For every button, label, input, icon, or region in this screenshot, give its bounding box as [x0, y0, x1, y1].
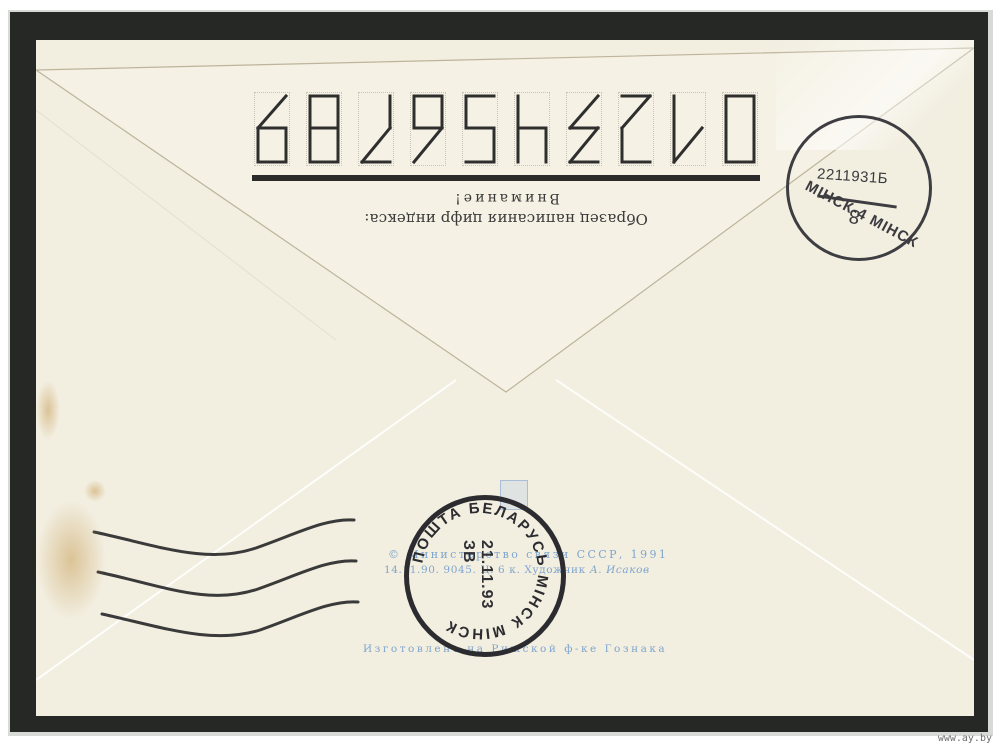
envelope-back: Образец написания цифр индекса: Внимание…: [36, 40, 974, 716]
watermark: www.ay.by: [938, 733, 992, 744]
cancellation-lines: [94, 520, 358, 636]
index-instructions: Образец написания цифр индекса: Внимание…: [252, 190, 760, 228]
attention-label: Внимание!: [252, 190, 760, 206]
index-underline: [252, 175, 760, 181]
water-stain: [36, 500, 106, 620]
index-digit-1: [670, 92, 706, 166]
postmark-date: 21.11.93 ЗВ: [459, 540, 495, 609]
index-digit-0: [722, 92, 758, 166]
index-digit-4: [514, 92, 550, 166]
index-digit-3: [566, 92, 602, 166]
postmark-minsk-center: ПОШТА БЕЛАРУСЬ МІНСК МІНСК 21.11.93 ЗВ: [404, 495, 566, 657]
postmark-minsk-4: 2211931Б 8 МІНСК-4 МІНСК: [786, 115, 932, 261]
postal-index-sample: [250, 92, 770, 182]
index-digit-9: [254, 92, 290, 166]
postmark-date: 2211931Б: [816, 166, 888, 188]
index-digit-7: [358, 92, 394, 166]
index-digit-8: [306, 92, 342, 166]
postmark-rim-text: МІНСК-4 МІНСК: [802, 178, 921, 252]
water-stain: [84, 480, 106, 502]
index-digit-2: [618, 92, 654, 166]
index-caption: Образец написания цифр индекса:: [252, 210, 760, 228]
index-digit-6: [410, 92, 446, 166]
imprint-artist: А. Исаков: [590, 564, 650, 576]
water-stain: [36, 380, 60, 440]
index-digit-5: [462, 92, 498, 166]
